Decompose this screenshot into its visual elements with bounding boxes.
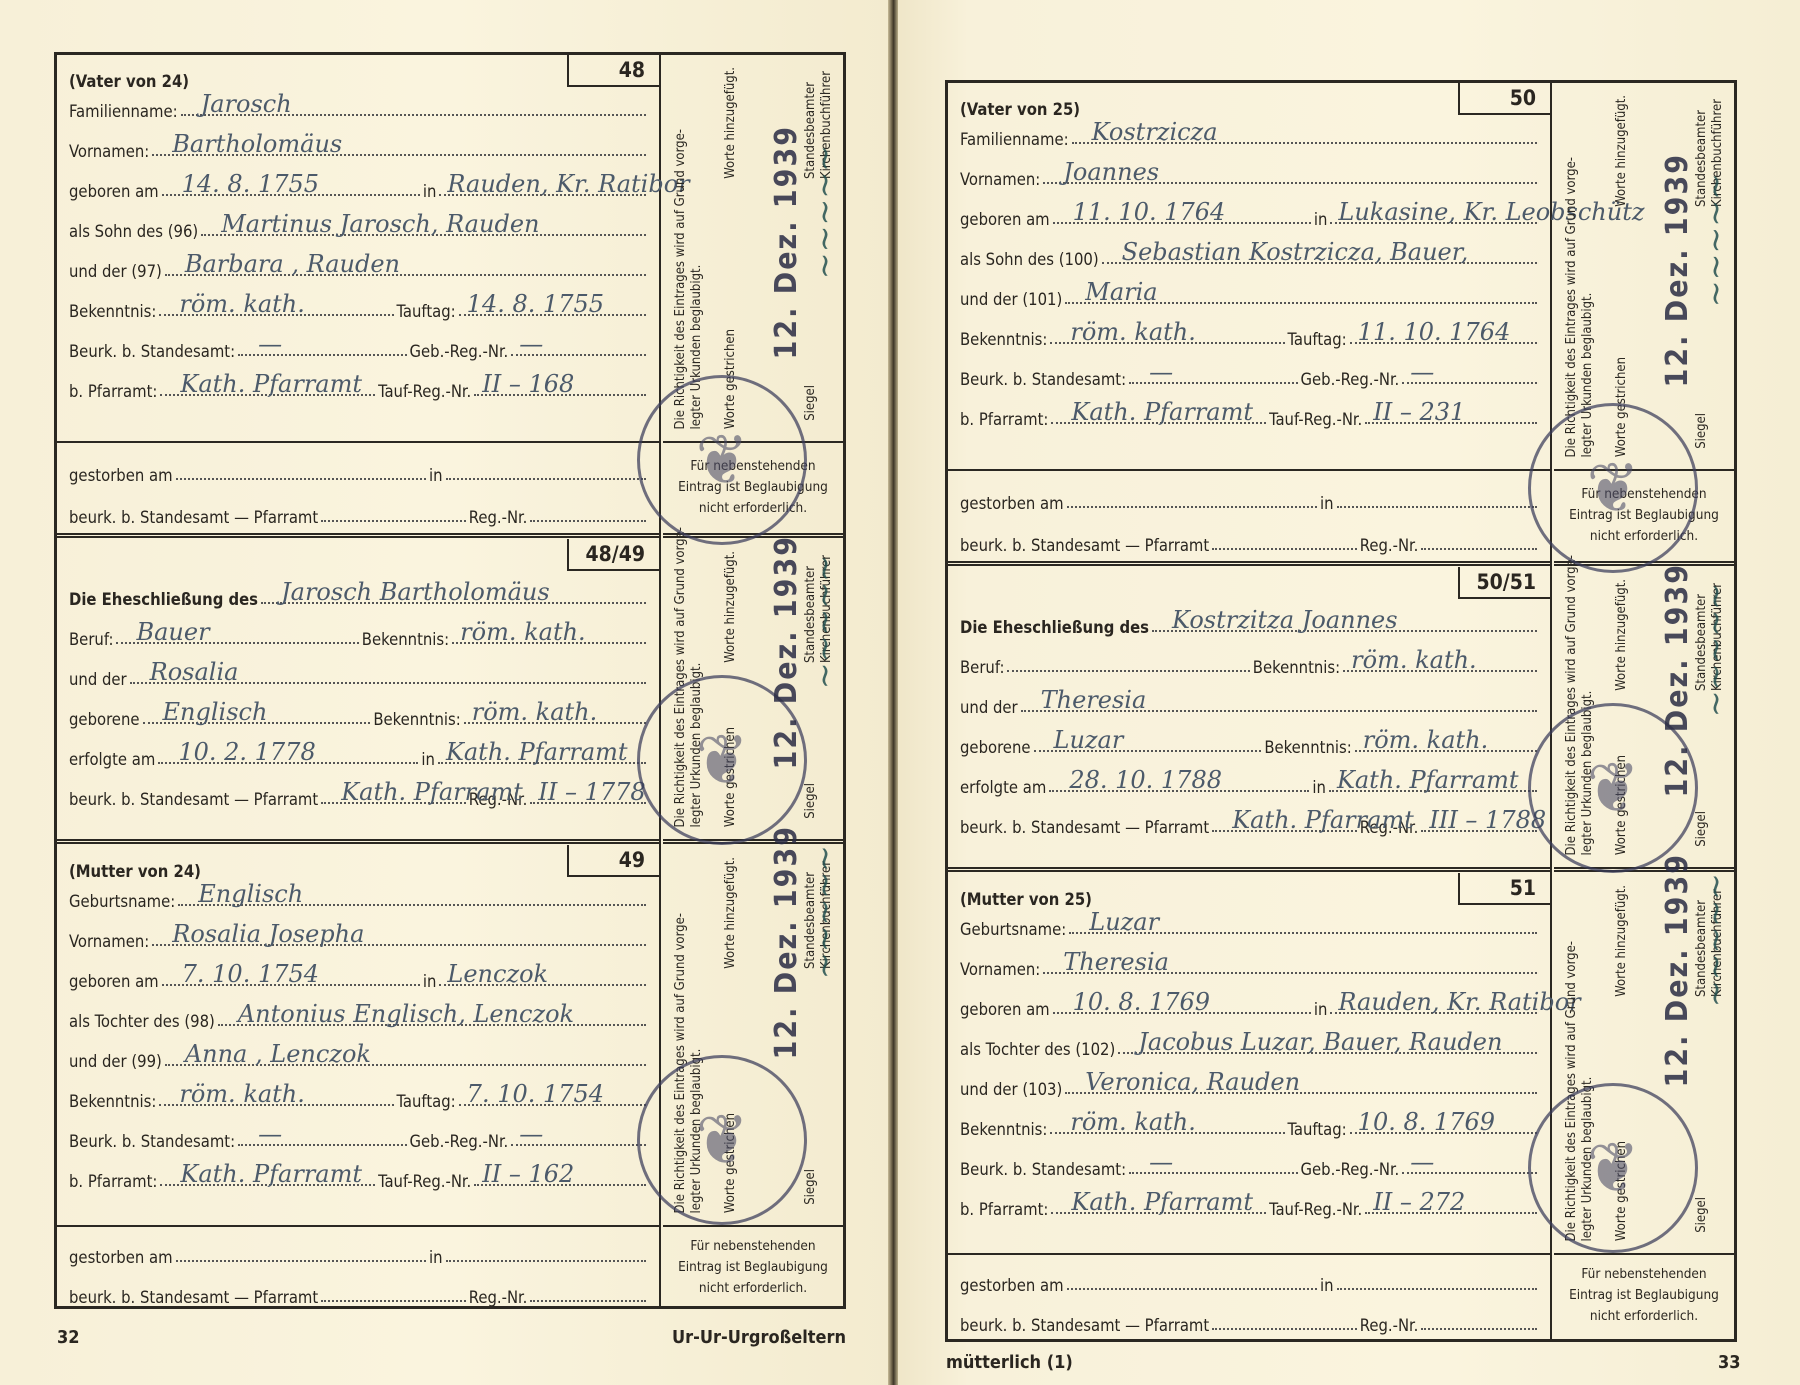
field-value-line: Bauer — [116, 642, 358, 644]
section-heading: (Mutter von 24) — [69, 855, 649, 881]
field-label: Geb.-Reg.-Nr. — [410, 1132, 509, 1151]
form-row: geboreneLuzarBekenntnis:röm. kath. — [960, 731, 1540, 757]
divider — [57, 441, 659, 443]
field-value-line: Bartholomäus — [152, 154, 646, 156]
words-struck-label: Worte gestrichen — [723, 329, 739, 429]
double-divider — [57, 533, 659, 538]
field-value-line: Kath. Pfarramt — [438, 762, 646, 764]
field-label: beurk. b. Standesamt — Pfarramt — [69, 508, 318, 527]
signature: ~~~~~ — [1696, 873, 1734, 1007]
field-label: Die Eheschließung des — [69, 590, 258, 609]
field-label: in — [1314, 1000, 1328, 1019]
form-row: Familienname:Kostrzicza — [960, 123, 1540, 149]
handwritten-value: — — [258, 330, 282, 358]
form-row: und der (103)Veronica, Rauden — [960, 1073, 1540, 1099]
field-value-line — [1421, 1328, 1537, 1330]
field-label: Tauf-Reg.-Nr. — [378, 382, 471, 401]
field-label: erfolgte am — [69, 750, 155, 769]
form-row: Die Eheschließung desJarosch Bartholomäu… — [69, 583, 649, 609]
marriage-number: 48/49 — [567, 539, 659, 571]
handwritten-value: Jarosch — [201, 90, 292, 118]
field-label: in — [423, 182, 437, 201]
handwritten-value: Jacobus Luzar, Bauer, Rauden — [1138, 1028, 1502, 1056]
field-value-line: Rauden, Kr. Ratibor — [1330, 1012, 1537, 1014]
handwritten-value: röm. kath. — [1363, 726, 1489, 754]
handwritten-value: — — [519, 330, 543, 358]
certification-column: Für nebenstehendenEintrag ist Beglaubigu… — [1554, 1255, 1734, 1339]
handwritten-value: — — [1410, 358, 1434, 386]
handwritten-value: II – 1778 — [538, 778, 645, 806]
field-label: b. Pfarramt: — [960, 1200, 1048, 1219]
handwritten-value: röm. kath. — [460, 618, 586, 646]
handwritten-value: — — [519, 1120, 543, 1148]
field-value-line: 10. 2. 1778 — [158, 762, 418, 764]
handwritten-value: Englisch — [198, 880, 303, 908]
divider — [948, 469, 1550, 471]
form-row: geboren am14. 8. 1755inRauden, Kr. Ratib… — [69, 175, 649, 201]
form-row: geboren am10. 8. 1769inRauden, Kr. Ratib… — [960, 993, 1540, 1019]
field-label: Geb.-Reg.-Nr. — [1301, 370, 1400, 389]
field-label: Geb.-Reg.-Nr. — [410, 342, 509, 361]
words-added-label: Worte hinzugefügt. — [723, 551, 739, 663]
form-row: Geburtsname:Englisch — [69, 885, 649, 911]
form-row: b. Pfarramt:Kath. PfarramtTauf-Reg.-Nr.I… — [69, 1165, 649, 1191]
field-label: Bekenntnis: — [69, 302, 156, 321]
handwritten-value: Luzar — [1054, 726, 1124, 754]
form-row: beurk. b. Standesamt — PfarramtReg.-Nr. — [960, 1309, 1540, 1335]
double-divider — [663, 839, 843, 844]
field-label: geborene — [960, 738, 1031, 757]
form-row: Beurk. b. Standesamt:—Geb.-Reg.-Nr.— — [69, 335, 649, 361]
field-value-line: röm. kath. — [452, 642, 646, 644]
form-row: geboreneEnglischBekenntnis:röm. kath. — [69, 703, 649, 729]
form-row: und derRosalia — [69, 663, 649, 689]
handwritten-value: röm. kath. — [1351, 646, 1477, 674]
words-added-label: Worte hinzugefügt. — [723, 857, 739, 969]
form-row: als Sohn des (96)Martinus Jarosch, Raude… — [69, 215, 649, 241]
section-heading: (Vater von 25) — [960, 93, 1540, 119]
handwritten-value: Kath. Pfarramt — [341, 778, 523, 806]
handwritten-value: Antonius Englisch, Lenczok — [238, 1000, 574, 1028]
form-row: Beurk. b. Standesamt:—Geb.-Reg.-Nr.— — [960, 1153, 1540, 1179]
certification-column: Für nebenstehendenEintrag ist Beglaubigu… — [1554, 471, 1734, 563]
no-certification-note: Für nebenstehendenEintrag ist Beglaubigu… — [663, 1236, 843, 1299]
marriage-section: 50/51Die Eheschließung desKostrzitza Joa… — [948, 567, 1550, 867]
handwritten-value: 14. 8. 1755 — [182, 170, 319, 198]
form-row: beurk. b. Standesamt — PfarramtReg.-Nr. — [960, 529, 1540, 555]
field-label: gestorben am — [960, 1276, 1064, 1295]
book-spine — [888, 0, 898, 1385]
handwritten-value: 7. 10. 1754 — [467, 1080, 604, 1108]
field-label: Bekenntnis: — [960, 330, 1047, 349]
handwritten-value: Kath. Pfarramt — [446, 738, 628, 766]
words-struck-label: Worte gestrichen — [723, 727, 739, 827]
page-number-left: 32 — [57, 1327, 80, 1348]
field-label: als Tochter des (98) — [69, 1012, 215, 1031]
seal-label: Siegel — [1694, 413, 1710, 449]
handwritten-value: Maria — [1085, 278, 1157, 306]
handwritten-value: Bartholomäus — [172, 130, 342, 158]
form-row: Bekenntnis:röm. kath.Tauftag:14. 8. 1755 — [69, 295, 649, 321]
form-row: gestorben amin — [960, 487, 1540, 513]
field-value-line — [1212, 548, 1357, 550]
field-label: gestorben am — [960, 494, 1064, 513]
field-label: in — [423, 972, 437, 991]
handwritten-value: Joannes — [1063, 158, 1159, 186]
no-certification-note: Für nebenstehendenEintrag ist Beglaubigu… — [663, 456, 843, 519]
field-value-line: Kath. Pfarramt — [1329, 790, 1537, 792]
field-label: in — [1320, 1276, 1334, 1295]
field-label: Tauftag: — [397, 1092, 456, 1111]
field-label: Geb.-Reg.-Nr. — [1301, 1160, 1400, 1179]
field-value-line: Luzar — [1069, 932, 1537, 934]
field-value-line: — — [238, 1144, 406, 1146]
form-row: Die Eheschließung desKostrzitza Joannes — [960, 611, 1540, 637]
handwritten-value: Bauer — [136, 618, 209, 646]
handwritten-value: — — [258, 1120, 282, 1148]
ancestor-form-left_page: 48(Vater von 24)Familienname:JaroschVorn… — [54, 52, 846, 1309]
handwritten-value: 10. 8. 1769 — [1073, 988, 1210, 1016]
field-value-line: Kostrzicza — [1072, 142, 1537, 144]
field-value-line: II – 162 — [474, 1184, 646, 1186]
words-struck-label: Worte gestrichen — [1614, 357, 1630, 457]
field-value-line: III – 1788 — [1421, 830, 1537, 832]
form-row: Bekenntnis:röm. kath.Tauftag:7. 10. 1754 — [69, 1085, 649, 1111]
handwritten-value: II – 162 — [482, 1160, 574, 1188]
field-label: und der — [960, 698, 1018, 717]
handwritten-value: Kath. Pfarramt — [1232, 806, 1414, 834]
field-label: als Tochter des (102) — [960, 1040, 1115, 1059]
seal-label: Siegel — [803, 1169, 819, 1205]
field-label: geboren am — [960, 1000, 1050, 1019]
field-label: Vornamen: — [960, 960, 1040, 979]
form-row: und der (99)Anna , Lenczok — [69, 1045, 649, 1071]
certification-text: Die Richtigkeit des Eintrages wird auf G… — [1564, 157, 1596, 457]
field-label: Beurk. b. Standesamt: — [960, 1160, 1126, 1179]
field-value-line: Rosalia — [130, 682, 646, 684]
field-label: b. Pfarramt: — [960, 410, 1048, 429]
handwritten-value: Luzar — [1089, 908, 1159, 936]
form-row: erfolgte am10. 2. 1778inKath. Pfarramt — [69, 743, 649, 769]
date-stamp: 12. Dez. 1939 — [769, 535, 804, 769]
field-value-line: Kath. Pfarramt — [160, 1184, 375, 1186]
handwritten-value: II – 231 — [1373, 398, 1465, 426]
field-label: Vornamen: — [960, 170, 1040, 189]
field-value-line: 14. 8. 1755 — [459, 314, 646, 316]
field-value-line — [1337, 506, 1537, 508]
form-row: gestorben amin — [69, 1241, 649, 1267]
field-value-line: Kath. Pfarramt — [1051, 1212, 1266, 1214]
form-row: beurk. b. Standesamt — PfarramtReg.-Nr. — [69, 1281, 649, 1307]
field-label: geborene — [69, 710, 140, 729]
field-value-line: Rosalia Josepha — [152, 944, 646, 946]
signature: ~~~~~ — [805, 555, 843, 689]
handwritten-value: 28. 10. 1788 — [1069, 766, 1222, 794]
field-value-line: — — [1402, 1172, 1537, 1174]
field-value-line: röm. kath. — [1355, 750, 1537, 752]
field-value-line — [1067, 1288, 1318, 1290]
field-value-line: röm. kath. — [159, 314, 393, 316]
field-label: Tauftag: — [1288, 1120, 1347, 1139]
form-row: als Tochter des (98)Antonius Englisch, L… — [69, 1005, 649, 1031]
field-value-line: — — [1129, 1172, 1297, 1174]
field-label: Beruf: — [69, 630, 113, 649]
seal-label: Siegel — [803, 385, 819, 421]
form-row: Vornamen:Theresia — [960, 953, 1540, 979]
double-divider — [948, 867, 1550, 872]
field-label: Reg.-Nr. — [469, 508, 528, 527]
field-value-line: 11. 10. 1764 — [1053, 222, 1311, 224]
field-label: Tauf-Reg.-Nr. — [378, 1172, 471, 1191]
form-row: Vornamen:Rosalia Josepha — [69, 925, 649, 951]
field-label: Tauftag: — [397, 302, 456, 321]
field-value-line — [321, 520, 466, 522]
form-main-column: 48(Vater von 24)Familienname:JaroschVorn… — [57, 55, 661, 1306]
handwritten-value: 10. 8. 1769 — [1358, 1108, 1495, 1136]
field-value-line: Jarosch — [181, 114, 646, 116]
field-label: erfolgte am — [960, 778, 1046, 797]
mother-section: 49(Mutter von 24)Geburtsname:EnglischVor… — [57, 845, 659, 1225]
field-value-line: Jarosch Bartholomäus — [261, 602, 646, 604]
field-label: und der — [69, 670, 127, 689]
field-value-line: röm. kath. — [159, 1104, 393, 1106]
form-row: Bekenntnis:röm. kath.Tauftag:11. 10. 176… — [960, 323, 1540, 349]
certification-column: Für nebenstehendenEintrag ist Beglaubigu… — [663, 443, 843, 535]
field-label: beurk. b. Standesamt — Pfarramt — [69, 1288, 318, 1307]
section-heading: (Vater von 24) — [69, 65, 649, 91]
date-stamp: 12. Dez. 1939 — [1660, 153, 1695, 387]
field-value-line — [530, 520, 646, 522]
field-value-line: Jacobus Luzar, Bauer, Rauden — [1118, 1052, 1537, 1054]
field-label: beurk. b. Standesamt — Pfarramt — [960, 536, 1209, 555]
form-row: und der (97)Barbara , Rauden — [69, 255, 649, 281]
field-value-line: 10. 8. 1769 — [1053, 1012, 1311, 1014]
certification-column: Für nebenstehendenEintrag ist Beglaubigu… — [663, 1227, 843, 1311]
handwritten-value: 11. 10. 1764 — [1358, 318, 1511, 346]
handwritten-value: röm. kath. — [179, 290, 305, 318]
words-added-label: Worte hinzugefügt. — [1614, 95, 1630, 207]
field-label: in — [429, 466, 443, 485]
form-row: geboren am11. 10. 1764inLukasine, Kr. Le… — [960, 203, 1540, 229]
certification-text: Die Richtigkeit des Eintrages wird auf G… — [673, 913, 705, 1213]
field-label: Bekenntnis: — [1253, 658, 1340, 677]
field-label: Bekenntnis: — [960, 1120, 1047, 1139]
field-label: Beruf: — [960, 658, 1004, 677]
field-value-line: Englisch — [178, 904, 646, 906]
page-number-right: 33 — [1718, 1352, 1741, 1373]
form-main-column: 50(Vater von 25)Familienname:KostrziczaV… — [948, 83, 1552, 1339]
field-value-line — [1212, 1328, 1357, 1330]
field-label: gestorben am — [69, 466, 173, 485]
form-row: gestorben amin — [69, 459, 649, 485]
field-value-line: 7. 10. 1754 — [162, 984, 420, 986]
form-row: beurk. b. Standesamt — PfarramtKath. Pfa… — [69, 783, 649, 809]
double-divider — [57, 839, 659, 844]
words-added-label: Worte hinzugefügt. — [1614, 579, 1630, 691]
handwritten-value: 10. 2. 1778 — [178, 738, 315, 766]
handwritten-value: Kostrzicza — [1092, 118, 1218, 146]
field-value-line: Veronica, Rauden — [1065, 1092, 1537, 1094]
words-added-label: Worte hinzugefügt. — [1614, 885, 1630, 997]
field-value-line: Martinus Jarosch, Rauden — [201, 234, 646, 236]
form-row: b. Pfarramt:Kath. PfarramtTauf-Reg.-Nr.I… — [69, 375, 649, 401]
words-struck-label: Worte gestrichen — [1614, 1141, 1630, 1241]
handwritten-value: röm. kath. — [179, 1080, 305, 1108]
double-divider — [948, 561, 1550, 566]
field-label: Die Eheschließung des — [960, 618, 1149, 637]
divider — [57, 1225, 659, 1227]
field-value-line: — — [238, 354, 406, 356]
field-value-line: Luzar — [1034, 750, 1262, 752]
field-value-line: Anna , Lenczok — [165, 1064, 646, 1066]
handwritten-value: II – 272 — [1373, 1188, 1465, 1216]
form-row: geboren am7. 10. 1754inLenczok — [69, 965, 649, 991]
signature: ~~~~~ — [1696, 173, 1734, 307]
field-value-line — [446, 478, 646, 480]
handwritten-value: 11. 10. 1764 — [1073, 198, 1226, 226]
certification-text: Die Richtigkeit des Eintrages wird auf G… — [673, 129, 705, 429]
handwritten-value: Rauden, Kr. Ratibor — [1338, 988, 1580, 1016]
handwritten-value: Englisch — [163, 698, 268, 726]
running-title-left: Ur-Ur-Urgroßeltern — [672, 1327, 846, 1348]
form-row: Familienname:Jarosch — [69, 95, 649, 121]
handwritten-value: Jarosch Bartholomäus — [281, 578, 550, 606]
handwritten-value: Theresia — [1063, 948, 1169, 976]
handwritten-value: Martinus Jarosch, Rauden — [221, 210, 539, 238]
field-label: in — [1312, 778, 1326, 797]
field-value-line: Sebastian Kostrzicza, Bauer, — [1102, 262, 1537, 264]
handwritten-value: Veronica, Rauden — [1085, 1068, 1300, 1096]
field-value-line: Barbara , Rauden — [165, 274, 646, 276]
field-label: in — [429, 1248, 443, 1267]
field-value-line: Lukasine, Kr. Leobschütz — [1330, 222, 1537, 224]
field-value-line: — — [1129, 382, 1297, 384]
handwritten-value: Rosalia — [150, 658, 239, 686]
field-value-line: II – 1778 — [530, 802, 646, 804]
signature: ~~~~~ — [1696, 583, 1734, 717]
signature: ~~~~~ — [805, 845, 843, 979]
handwritten-value: II – 168 — [482, 370, 574, 398]
form-row: Vornamen:Bartholomäus — [69, 135, 649, 161]
date-stamp: 12. Dez. 1939 — [1660, 563, 1695, 797]
seal-label: Siegel — [1694, 1197, 1710, 1233]
form-row: Beruf:BauerBekenntnis:röm. kath. — [69, 623, 649, 649]
handwritten-value: Kath. Pfarramt — [1071, 1188, 1253, 1216]
field-label: geboren am — [960, 210, 1050, 229]
field-value-line: röm. kath. — [1050, 342, 1284, 344]
running-title-right: mütterlich (1) — [946, 1352, 1073, 1373]
handwritten-value: — — [1149, 1148, 1173, 1176]
words-added-label: Worte hinzugefügt. — [723, 67, 739, 179]
signature: ~~~~~ — [805, 145, 843, 279]
field-value-line: — — [511, 354, 646, 356]
form-row: Beurk. b. Standesamt:—Geb.-Reg.-Nr.— — [69, 1125, 649, 1151]
field-label: und der (97) — [69, 262, 162, 281]
field-label: Bekenntnis: — [1264, 738, 1351, 757]
field-label: b. Pfarramt: — [69, 382, 157, 401]
field-value-line: Lenczok — [439, 984, 646, 986]
field-value-line: Antonius Englisch, Lenczok — [218, 1024, 646, 1026]
form-row: beurk. b. Standesamt — PfarramtReg.-Nr. — [69, 501, 649, 527]
field-label: b. Pfarramt: — [69, 1172, 157, 1191]
field-label: Tauftag: — [1288, 330, 1347, 349]
form-row: und derTheresia — [960, 691, 1540, 717]
handwritten-value: — — [1149, 358, 1173, 386]
marriage-number: 50/51 — [1458, 567, 1550, 599]
field-value-line: röm. kath. — [1343, 670, 1537, 672]
no-certification-note: Für nebenstehendenEintrag ist Beglaubigu… — [1554, 1264, 1734, 1327]
field-value-line: röm. kath. — [1050, 1132, 1284, 1134]
field-label: Bekenntnis: — [362, 630, 449, 649]
handwritten-value: Kath. Pfarramt — [180, 370, 362, 398]
field-label: und der (101) — [960, 290, 1062, 309]
field-value-line: Kath. Pfarramt — [321, 802, 466, 804]
handwritten-value: Anna , Lenczok — [185, 1040, 371, 1068]
field-label: in — [421, 750, 435, 769]
field-value-line: Kath. Pfarramt — [160, 394, 375, 396]
field-value-line — [1007, 670, 1249, 672]
field-label: geboren am — [69, 182, 159, 201]
handwritten-value: Rauden, Kr. Ratibor — [447, 170, 689, 198]
handwritten-value: röm. kath. — [472, 698, 598, 726]
words-struck-label: Worte gestrichen — [1614, 755, 1630, 855]
field-value-line: Maria — [1065, 302, 1537, 304]
field-value-line — [1067, 506, 1318, 508]
handwritten-value: Kath. Pfarramt — [1071, 398, 1253, 426]
field-value-line — [530, 1300, 646, 1302]
handwritten-value: Barbara , Rauden — [185, 250, 400, 278]
field-label: als Sohn des (100) — [960, 250, 1099, 269]
date-stamp: 12. Dez. 1939 — [769, 825, 804, 1059]
field-value-line — [446, 1260, 646, 1262]
certification-text: Die Richtigkeit des Eintrages wird auf G… — [673, 527, 705, 827]
field-value-line: Theresia — [1043, 972, 1537, 974]
field-value-line: Kath. Pfarramt — [1212, 830, 1357, 832]
field-value-line — [321, 1300, 466, 1302]
seal-label: Siegel — [1694, 811, 1710, 847]
field-label: Geburtsname: — [960, 920, 1066, 939]
handwritten-value: 14. 8. 1755 — [467, 290, 604, 318]
field-label: in — [1314, 210, 1328, 229]
field-label: Reg.-Nr. — [1360, 536, 1419, 555]
field-label: Geburtsname: — [69, 892, 175, 911]
field-value-line: 11. 10. 1764 — [1350, 342, 1537, 344]
form-row: gestorben amin — [960, 1269, 1540, 1295]
field-value-line: II – 272 — [1365, 1212, 1537, 1214]
field-label: Tauf-Reg.-Nr. — [1269, 1200, 1362, 1219]
handwritten-value: Kostrzitza Joannes — [1172, 606, 1398, 634]
field-label: Familienname: — [69, 102, 178, 121]
double-divider — [1554, 867, 1734, 872]
form-row: Vornamen:Joannes — [960, 163, 1540, 189]
field-value-line: Kath. Pfarramt — [1051, 422, 1266, 424]
handwritten-value: — — [1410, 1148, 1434, 1176]
field-label: beurk. b. Standesamt — Pfarramt — [960, 1316, 1209, 1335]
field-value-line — [1337, 1288, 1537, 1290]
date-stamp: 12. Dez. 1939 — [769, 125, 804, 359]
field-label: geboren am — [69, 972, 159, 991]
handwritten-value: Theresia — [1041, 686, 1147, 714]
date-stamp: 12. Dez. 1939 — [1660, 853, 1695, 1087]
field-label: beurk. b. Standesamt — Pfarramt — [960, 818, 1209, 837]
father-section: 48(Vater von 24)Familienname:JaroschVorn… — [57, 55, 659, 441]
field-label: beurk. b. Standesamt — Pfarramt — [69, 790, 318, 809]
field-label: Tauf-Reg.-Nr. — [1269, 410, 1362, 429]
form-row: erfolgte am28. 10. 1788inKath. Pfarramt — [960, 771, 1540, 797]
field-value-line: II – 168 — [474, 394, 646, 396]
mother-section: 51(Mutter von 25)Geburtsname:LuzarVornam… — [948, 873, 1550, 1253]
field-label: Beurk. b. Standesamt: — [69, 342, 235, 361]
